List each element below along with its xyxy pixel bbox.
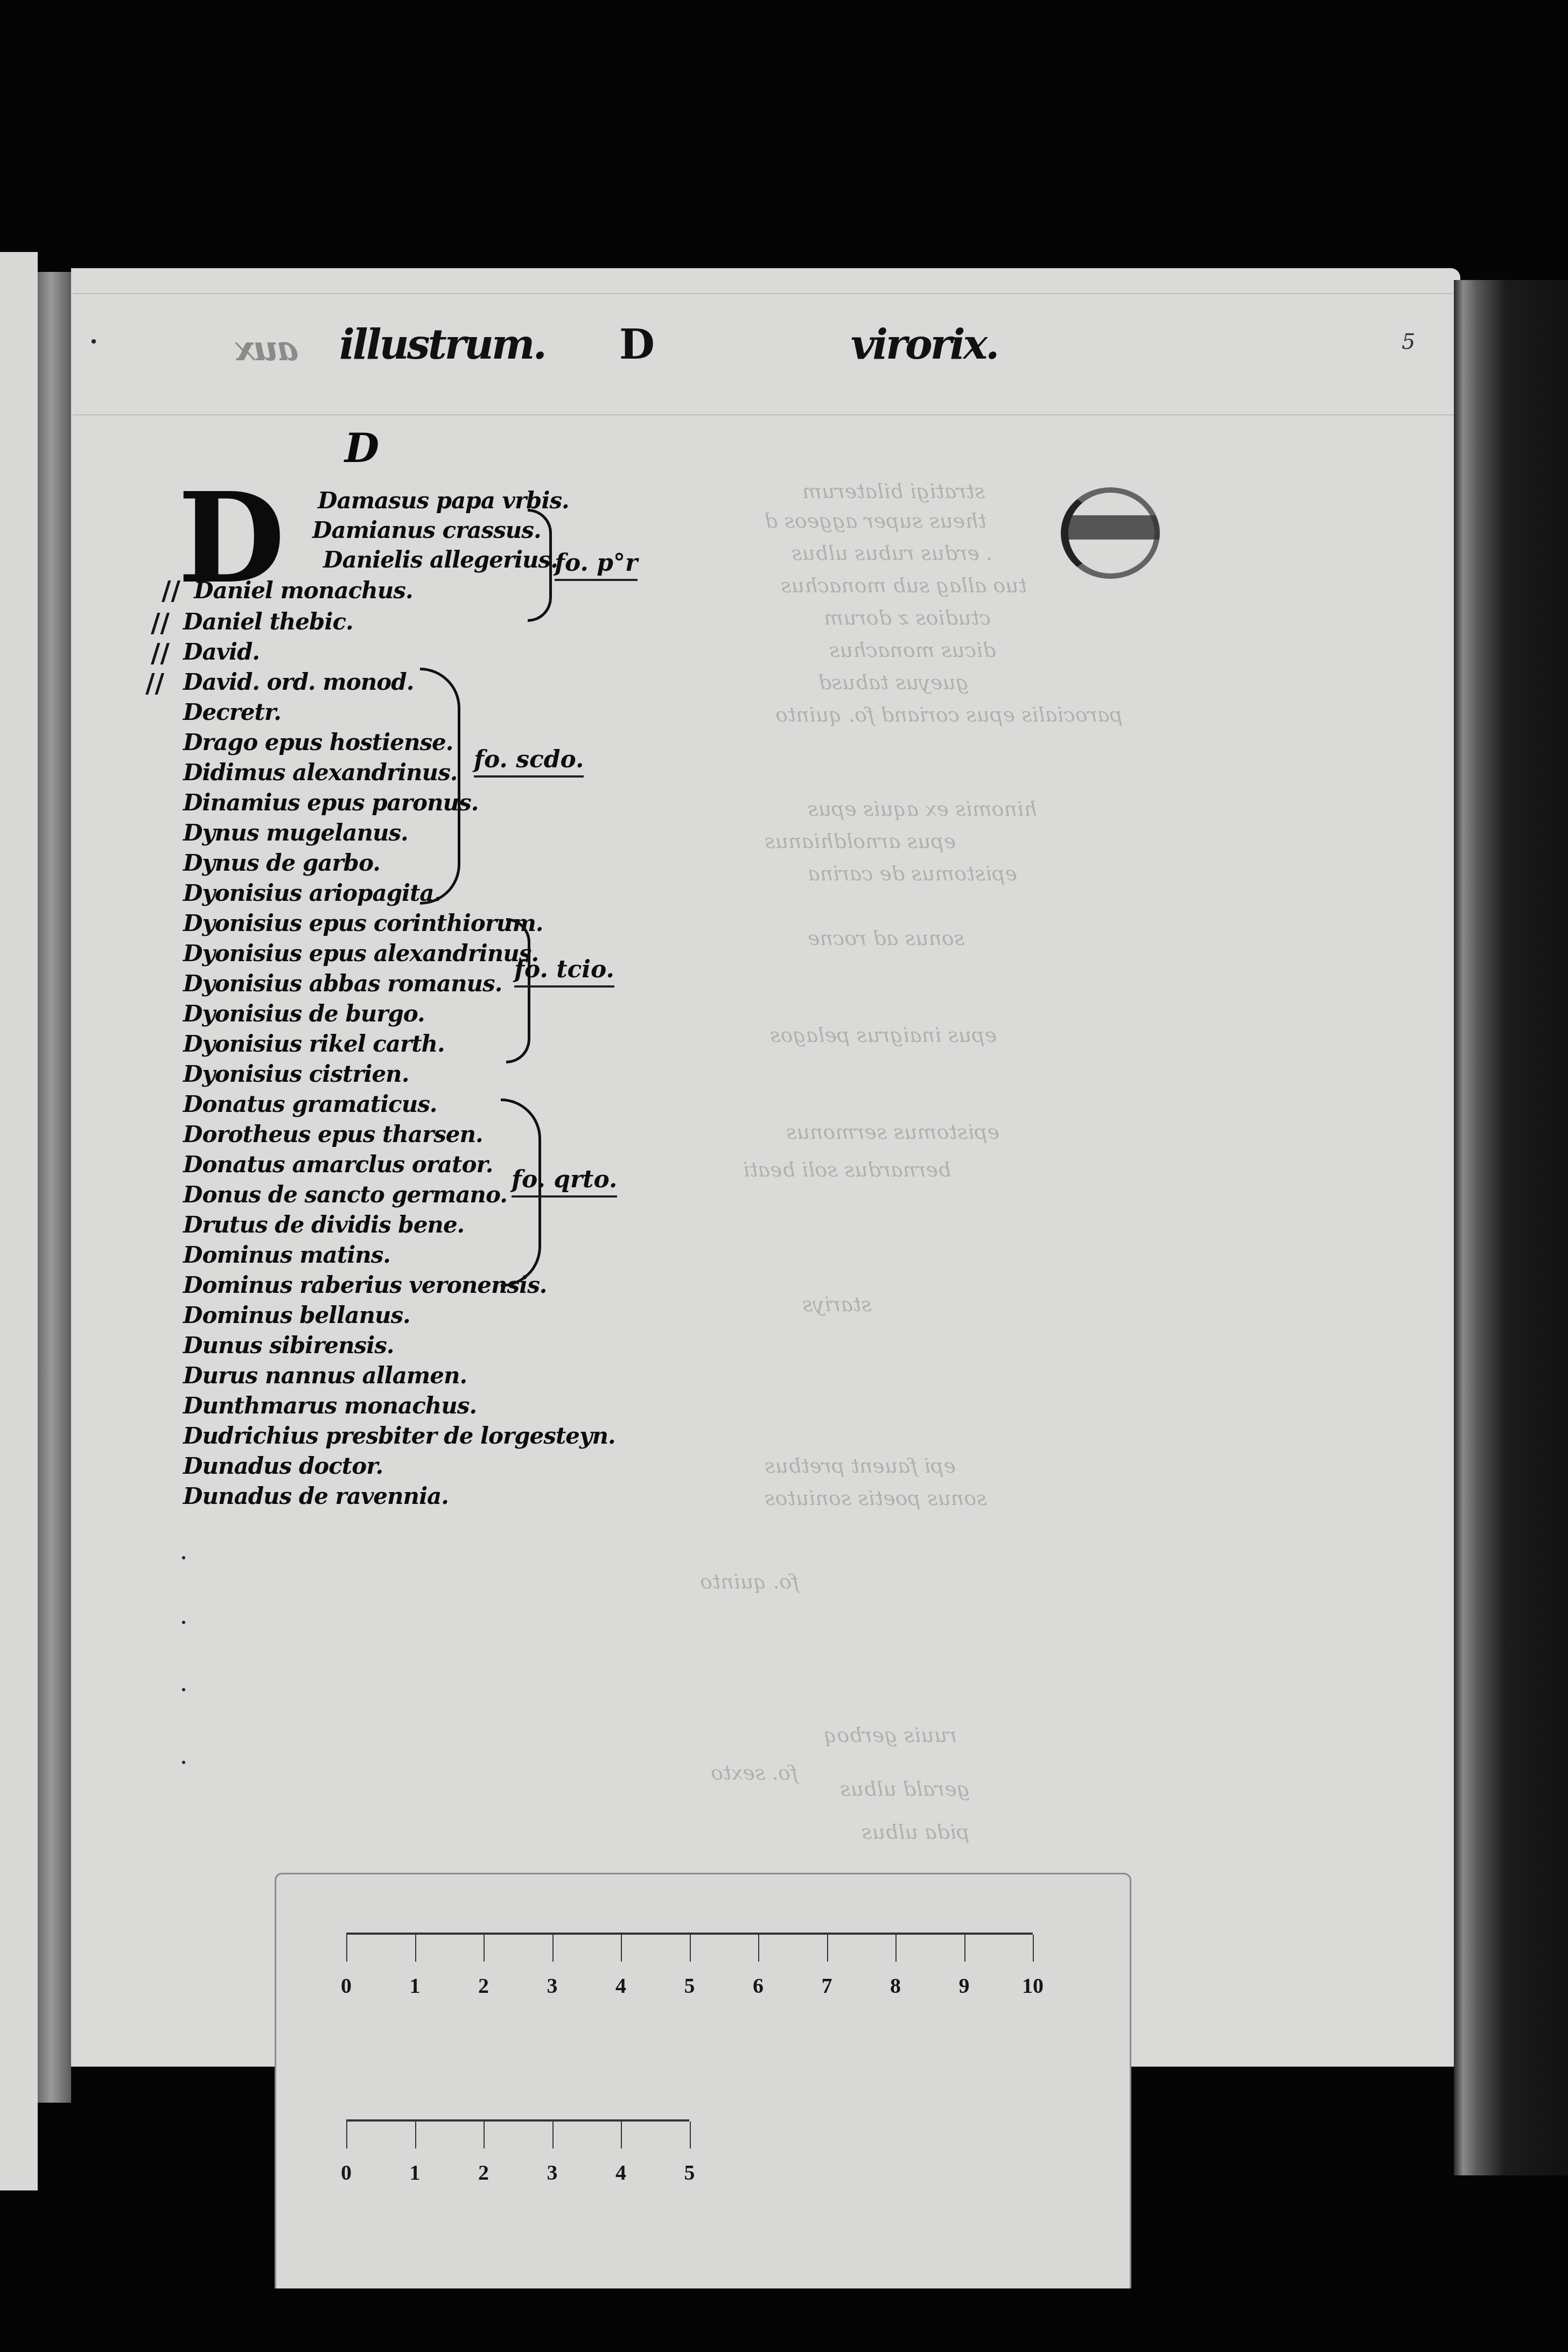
list-item: David. xyxy=(183,639,260,665)
folio-reference: fo. tcio. xyxy=(514,956,614,988)
grouping-bracket xyxy=(506,918,530,1063)
ruler-tick-label: 3 xyxy=(547,2160,558,2185)
ruler-tick xyxy=(964,1935,965,1962)
list-item: Donus de sancto germano. xyxy=(183,1181,507,1208)
list-item: Damianus crassus. xyxy=(312,517,541,543)
ruler-tick-label: 0 xyxy=(341,1973,352,1998)
ruler-tick xyxy=(552,2122,554,2148)
paragraph-mark: // xyxy=(151,608,170,639)
bleedthrough-text: gerald ulbus xyxy=(840,1777,970,1801)
ruler-tick xyxy=(552,1935,554,1962)
prick-mark xyxy=(92,339,96,344)
ruler-tick-label: 1 xyxy=(410,2160,421,2185)
list-item: Dyonisius cistrien. xyxy=(183,1061,409,1087)
list-item: Dyonisius epus alexandrinus. xyxy=(183,940,538,967)
ruler-tick-label: 3 xyxy=(547,1973,558,1998)
bleedthrough-text: gueyus tabusd xyxy=(818,670,969,694)
grouping-bracket xyxy=(528,509,552,622)
bleedthrough-text: parocialis epus coriand fo. quinto xyxy=(775,703,1123,726)
list-item: Dynus mugelanus. xyxy=(183,820,408,846)
ruler-tick xyxy=(1033,1935,1034,1962)
ruled-line xyxy=(73,293,1457,294)
ruler-tick-label: 9 xyxy=(959,1973,970,1998)
bleedthrough-text: ruuis gerboq xyxy=(824,1723,957,1747)
ruler-tick-label: 4 xyxy=(615,2160,626,2185)
bleedthrough-text: epus inaigrus pelagos xyxy=(770,1023,997,1047)
ruler-tick-label: 5 xyxy=(684,1973,695,1998)
bleedthrough-folio: fo. sexto xyxy=(711,1761,798,1784)
list-item: Dunus sibirensis. xyxy=(183,1332,394,1359)
list-item: Dunadus de ravennia. xyxy=(183,1483,449,1509)
spine-shadow xyxy=(38,272,71,2103)
list-item: Drutus de dividis bene. xyxy=(183,1212,464,1238)
paragraph-mark: // xyxy=(151,639,170,669)
header-left: illustrum. xyxy=(339,320,545,368)
list-item: Dominus bellanus. xyxy=(183,1302,410,1328)
list-item: Decretr. xyxy=(183,699,281,725)
bleedthrough-text: ctudios z dorum xyxy=(824,606,991,629)
ruler-tick xyxy=(484,1935,485,1962)
facing-page-edge xyxy=(0,252,38,2190)
list-item: Drago epus hostiense. xyxy=(183,729,453,755)
list-item: Dunadus doctor. xyxy=(183,1453,383,1479)
list-item: Danielis allegerius. xyxy=(323,547,558,573)
scale-card: 012345678910 012345 xyxy=(275,1873,1131,2296)
ruler-tick-label: 5 xyxy=(684,2160,695,2185)
ruler-tick xyxy=(827,1935,828,1962)
bleedthrough-text: epus arnoldhianus xyxy=(765,829,956,853)
ruler-tick xyxy=(895,1935,897,1962)
ruler-tick xyxy=(690,1935,691,1962)
list-item: Dominus raberius veronensis. xyxy=(183,1272,547,1298)
ruler-tick-label: 10 xyxy=(1022,1973,1044,1998)
paragraph-mark: // xyxy=(145,669,164,699)
ruler-tick xyxy=(758,1935,759,1962)
ruler-tick-label: 6 xyxy=(753,1973,764,1998)
list-item: Dynus de garbo. xyxy=(183,850,380,876)
ruler-tick xyxy=(415,1935,416,1962)
folio-reference: fo. p°r xyxy=(555,549,638,581)
bleedthrough-text: sonus ad rocne xyxy=(808,926,964,950)
prick-mark xyxy=(182,1688,185,1691)
list-item: Dunthmarus monachus. xyxy=(183,1392,477,1419)
list-item: Dominus matins. xyxy=(183,1242,390,1268)
list-item: Durus nannus allamen. xyxy=(183,1362,467,1389)
list-item: Donatus amarclus orator. xyxy=(183,1151,493,1178)
ruler-tick xyxy=(346,2122,347,2148)
list-item: Dyonisius ariopagita. xyxy=(183,880,441,906)
list-item: Didimus alexandrinus. xyxy=(183,759,457,786)
bleedthrough-folio: fo. quinto xyxy=(700,1570,799,1593)
bleedthrough-text: bernardus soli beati xyxy=(743,1158,951,1181)
bleedthrough-text: . erdus rubus ulbus xyxy=(792,541,992,565)
ruler-tick xyxy=(415,2122,416,2148)
list-item: Dyonisius abbas romanus. xyxy=(183,970,502,997)
header-bleedthrough: aux xyxy=(237,328,298,369)
ruler-tick-label: 0 xyxy=(341,2160,352,2185)
bleedthrough-text: stratigi bilaterum xyxy=(802,479,985,503)
ruler-tick-label: 1 xyxy=(410,1973,421,1998)
ruler-tick-label: 2 xyxy=(478,2160,489,2185)
list-item: Dyonisius rikel carth. xyxy=(183,1031,445,1057)
ruler-small-bar xyxy=(346,2119,689,2122)
background-bottom xyxy=(0,2288,1568,2352)
list-item: Daniel monachus. xyxy=(194,577,413,604)
prick-mark xyxy=(182,1556,185,1559)
header-right: virorix. xyxy=(851,320,997,368)
paragraph-mark: // xyxy=(162,576,180,606)
bleedthrough-text: dicus monachus xyxy=(829,638,996,662)
ruler-tick xyxy=(621,1935,622,1962)
bleedthrough-text: epistomus sermonus xyxy=(786,1120,999,1144)
ruler-tick xyxy=(621,2122,622,2148)
prick-mark xyxy=(182,1761,185,1764)
bleedthrough-text: hinomis ex aquis epus xyxy=(808,797,1037,821)
list-item: Dyonisius de burgo. xyxy=(183,1000,425,1027)
folio-number: 5 xyxy=(1402,330,1415,354)
header-center-letter: D xyxy=(619,320,653,368)
book-fore-edge xyxy=(1454,280,1568,2175)
section-letter: D xyxy=(345,425,379,472)
ruler-tick xyxy=(346,1935,347,1962)
bleedthrough-text: sonus poetis soniutos xyxy=(765,1486,987,1510)
bleedthrough-text: theus super aggeos d xyxy=(765,509,986,533)
ruled-line xyxy=(73,415,1457,415)
prick-mark xyxy=(182,1621,185,1624)
list-item: Dyonisius epus corinthiorum. xyxy=(183,910,543,936)
ruler-tick-label: 8 xyxy=(890,1973,901,1998)
list-item: Dorotheus epus tharsen. xyxy=(183,1121,483,1147)
bleedthrough-text: tuo allag sub monachus xyxy=(781,573,1027,597)
ruler-tick-label: 2 xyxy=(478,1973,489,1998)
bleedthrough-initial xyxy=(1061,487,1160,579)
list-item: Daniel thebic. xyxy=(183,608,353,635)
list-item: David. ord. monod. xyxy=(183,669,414,695)
bleedthrough-text: epi fauent pretbus xyxy=(765,1454,956,1478)
bleedthrough-text: stariys xyxy=(802,1292,872,1316)
ruler-tick-label: 4 xyxy=(615,1973,626,1998)
list-item: Donatus gramaticus. xyxy=(183,1091,437,1117)
grouping-bracket xyxy=(420,668,460,905)
folio-reference: fo. qrto. xyxy=(512,1166,617,1198)
bleedthrough-text: pida ulbus xyxy=(862,1820,969,1844)
ruler-tick xyxy=(484,2122,485,2148)
ruler-tick xyxy=(690,2122,691,2148)
ruler-tick-label: 7 xyxy=(822,1973,832,1998)
bleedthrough-text: epistomus de carina xyxy=(808,862,1017,885)
folio-reference: fo. scdo. xyxy=(474,746,584,778)
list-item: Dudrichius presbiter de lorgesteyn. xyxy=(183,1423,615,1449)
